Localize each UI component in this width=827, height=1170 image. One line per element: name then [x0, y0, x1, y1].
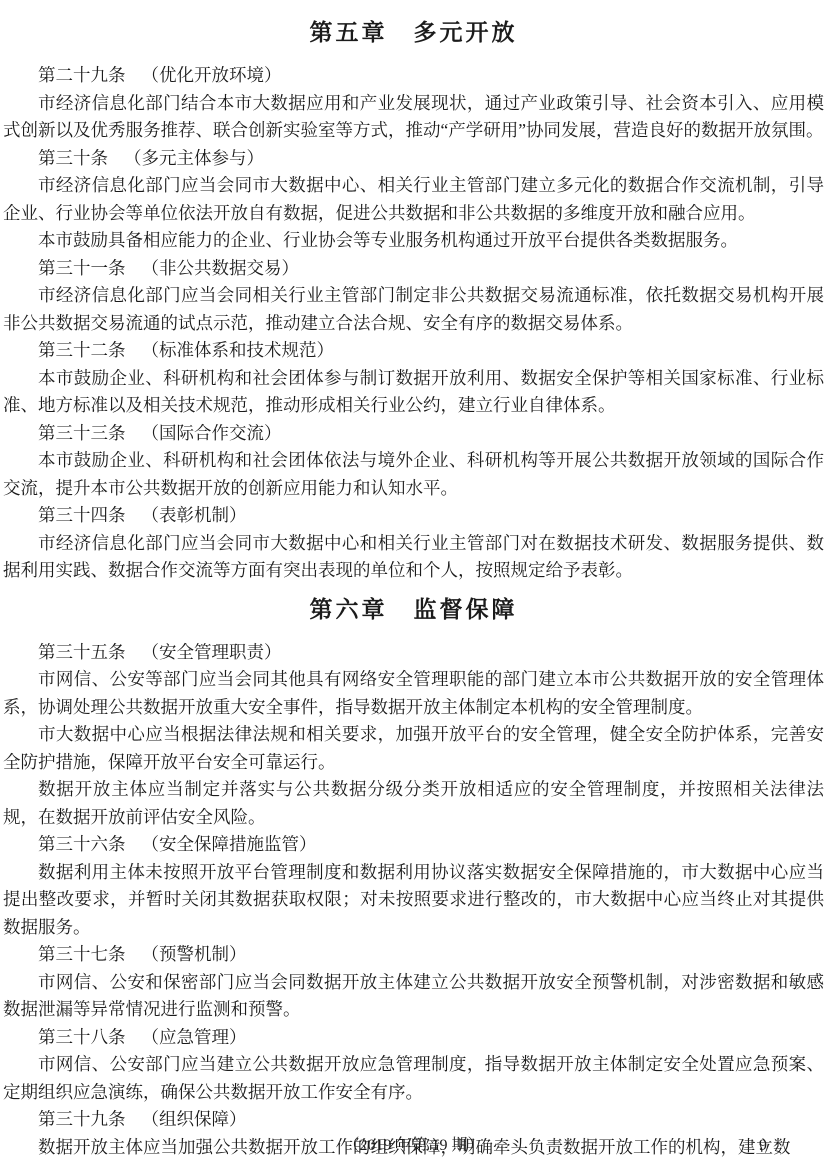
article-heading: 第三十四条（表彰机制） — [3, 502, 824, 530]
article-number: 第三十一条 — [38, 258, 126, 278]
paragraph: 市经济信息化部门应当会同市大数据中心、相关行业主管部门建立多元化的数据合作交流机… — [3, 172, 824, 227]
paragraph: 本市鼓励企业、科研机构和社会团体依法与境外企业、科研机构等开展公共数据开放领域的… — [3, 447, 824, 502]
article-title: （安全保障措施监管） — [142, 834, 317, 854]
article-heading: 第三十三条（国际合作交流） — [3, 420, 824, 448]
article-number: 第三十七条 — [38, 944, 126, 964]
article-title: （应急管理） — [142, 1027, 247, 1047]
document-body: 第五章 多元开放第二十九条（优化开放环境）市经济信息化部门结合本市大数据应用和产… — [0, 0, 827, 1161]
article-number: 第三十六条 — [38, 834, 126, 854]
article-heading: 第三十条（多元主体参与） — [3, 145, 824, 173]
paragraph: 市经济信息化部门应当会同市大数据中心和相关行业主管部门对在数据技术研发、数据服务… — [3, 530, 824, 585]
article-title: （安全管理职责） — [142, 642, 282, 662]
chapter-heading: 第五章 多元开放 — [3, 18, 824, 48]
article-number: 第三十二条 — [38, 340, 126, 360]
article-heading: 第三十八条（应急管理） — [3, 1024, 824, 1052]
article-number: 第三十八条 — [38, 1027, 126, 1047]
article-title: （优化开放环境） — [142, 65, 282, 85]
article-title: （预警机制） — [142, 944, 247, 964]
article-title: （标准体系和技术规范） — [142, 340, 335, 360]
article-heading: 第三十七条（预警机制） — [3, 941, 824, 969]
paragraph: 本市鼓励企业、科研机构和社会团体参与制订数据开放利用、数据安全保护等相关国家标准… — [3, 365, 824, 420]
article-title: （组织保障） — [142, 1109, 247, 1129]
paragraph: 市网信、公安等部门应当会同其他具有网络安全管理职能的部门建立本市公共数据开放的安… — [3, 666, 824, 721]
paragraph: 数据利用主体未按照开放平台管理制度和数据利用协议落实数据安全保障措施的，市大数据… — [3, 859, 824, 942]
document-page: 第五章 多元开放第二十九条（优化开放环境）市经济信息化部门结合本市大数据应用和产… — [0, 0, 827, 1170]
article-heading: 第三十二条（标准体系和技术规范） — [3, 337, 824, 365]
paragraph: 数据开放主体应当制定并落实与公共数据分级分类开放相适应的安全管理制度，并按照相关… — [3, 776, 824, 831]
article-number: 第三十四条 — [38, 505, 126, 525]
article-heading: 第三十九条（组织保障） — [3, 1106, 824, 1134]
article-number: 第二十九条 — [38, 65, 126, 85]
article-heading: 第二十九条（优化开放环境） — [3, 62, 824, 90]
page-footer: （2019 年第 19 期） 9 — [0, 1136, 827, 1156]
page-number: 9 — [759, 1136, 767, 1156]
paragraph: 市经济信息化部门结合本市大数据应用和产业发展现状，通过产业政策引导、社会资本引入… — [3, 90, 824, 145]
article-title: （国际合作交流） — [142, 423, 282, 443]
article-title: （表彰机制） — [142, 505, 247, 525]
article-number: 第三十九条 — [38, 1109, 126, 1129]
article-heading: 第三十一条（非公共数据交易） — [3, 255, 824, 283]
article-heading: 第三十六条（安全保障措施监管） — [3, 831, 824, 859]
article-number: 第三十五条 — [38, 642, 126, 662]
article-title: （多元主体参与） — [124, 148, 264, 168]
article-number: 第三十条 — [38, 148, 108, 168]
paragraph: 市网信、公安和保密部门应当会同数据开放主体建立公共数据开放安全预警机制，对涉密数… — [3, 969, 824, 1024]
chapter-heading: 第六章 监督保障 — [3, 595, 824, 625]
paragraph: 市网信、公安部门应当建立公共数据开放应急管理制度，指导数据开放主体制定安全处置应… — [3, 1051, 824, 1106]
issue-label: （2019 年第 19 期） — [343, 1137, 483, 1154]
article-number: 第三十三条 — [38, 423, 126, 443]
paragraph: 本市鼓励具备相应能力的企业、行业协会等专业服务机构通过开放平台提供各类数据服务。 — [3, 227, 824, 255]
article-heading: 第三十五条（安全管理职责） — [3, 639, 824, 667]
paragraph: 市经济信息化部门应当会同相关行业主管部门制定非公共数据交易流通标准，依托数据交易… — [3, 282, 824, 337]
paragraph: 市大数据中心应当根据法律法规和相关要求，加强开放平台的安全管理，健全安全防护体系… — [3, 721, 824, 776]
article-title: （非公共数据交易） — [142, 258, 300, 278]
